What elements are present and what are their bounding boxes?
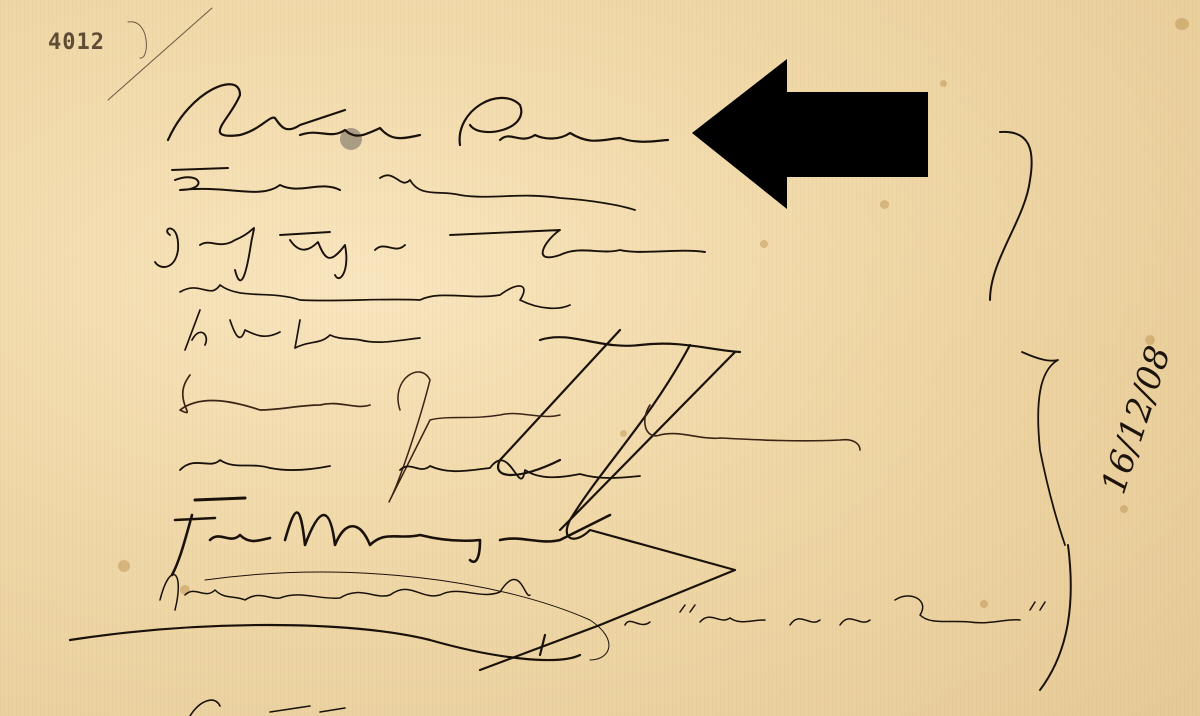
handwriting-strokes <box>0 0 1200 716</box>
arrow-left-icon <box>692 59 928 209</box>
